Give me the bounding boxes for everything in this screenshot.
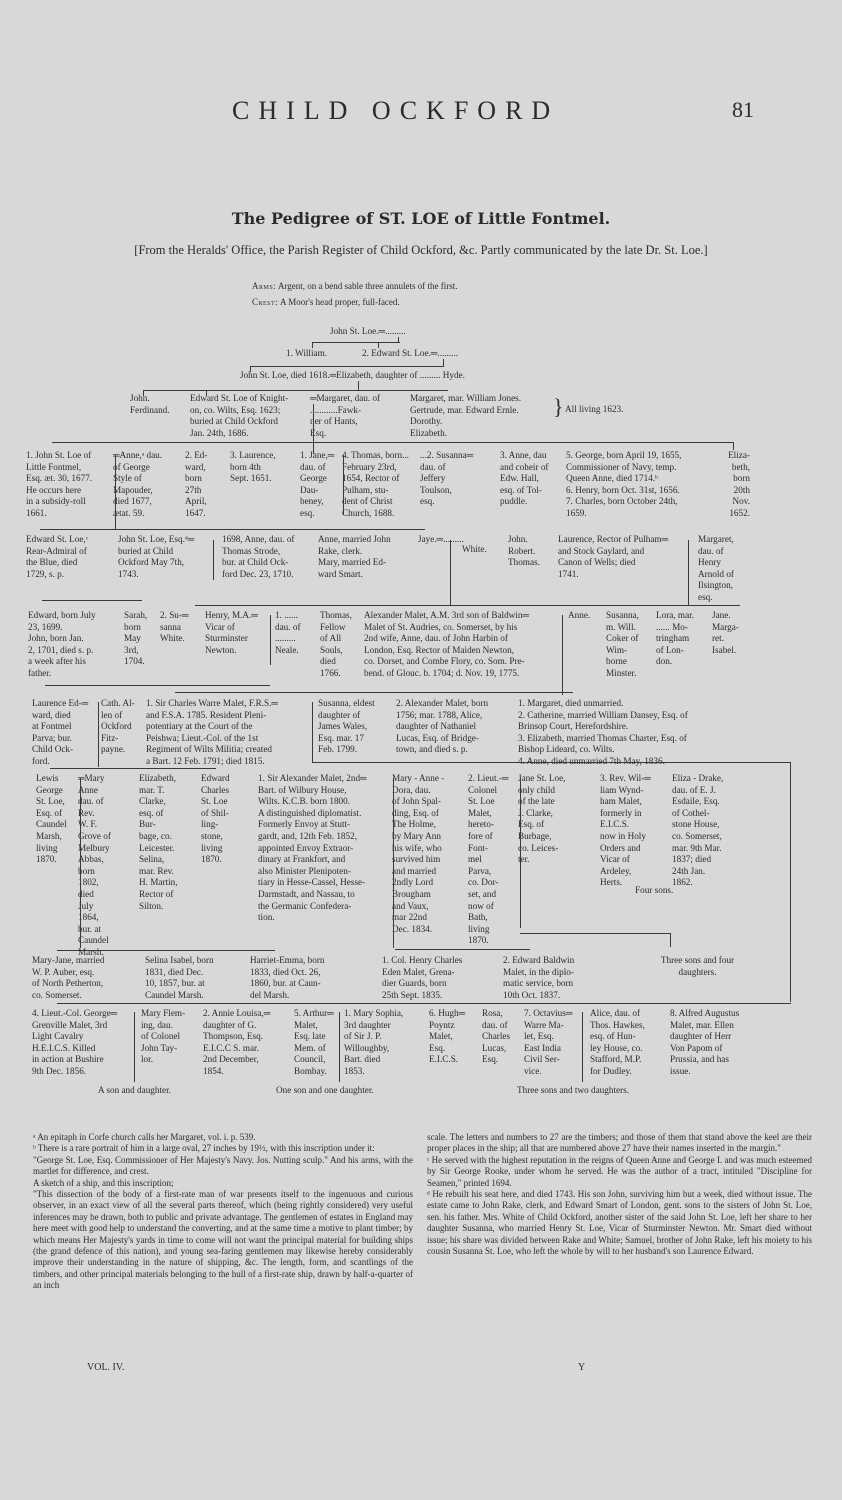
person-laurence-edward: Laurence Ed-═ ward, died at Fontmel Parv… xyxy=(32,698,88,768)
person-mary-anne-dora: Mary - Anne - Dora, dau. of John Spal- d… xyxy=(392,773,444,935)
person-jaye: Jaye.═......... xyxy=(418,534,464,546)
person-henry-vicar: Henry, M.A.═ Vicar of Sturminster Newton… xyxy=(205,610,258,656)
person-anne-strode: 1698, Anne, dau. of Thomas Strode, bur. … xyxy=(222,534,294,580)
person-anne: Anne. xyxy=(568,610,590,622)
person-lora: Lora, mar. ...... Mo- tringham of Lon- d… xyxy=(656,610,694,668)
person-john-robert-thomas: John. Robert. Thomas. xyxy=(508,534,540,569)
running-head-title: CHILD OCKFORD xyxy=(232,105,559,117)
tree-line xyxy=(115,455,116,529)
person-john-st-loe-little-fontmel: 1. John St. Loe of Little Fontmel, Esq. … xyxy=(26,450,92,520)
tree-line xyxy=(250,366,444,367)
tree-line xyxy=(790,762,791,1002)
tree-line xyxy=(45,685,270,686)
person-arthur-malet: 5. Arthur═ Malet, Esq. late Mem. of Coun… xyxy=(294,1008,334,1078)
person-john-ferdinand: John. Ferdinand. xyxy=(130,393,170,416)
tree-line xyxy=(339,1012,340,1082)
signature-mark: Y xyxy=(578,1362,585,1373)
person-susanna-wales: Susanna, eldest daughter of James Wales,… xyxy=(318,698,375,756)
footnotes-right: scale. The letters and numbers to 27 are… xyxy=(427,1132,812,1257)
tree-line xyxy=(134,1012,135,1082)
tree-line xyxy=(520,933,670,934)
person-selina-isabel: Selina Isabel, born 1831, died Dec. 10, … xyxy=(145,955,214,1001)
page-number: 81 xyxy=(732,104,754,116)
person-thomas-1654: 4. Thomas, born... February 23rd, 1654, … xyxy=(342,450,409,520)
person-harriet-emma: Harriet-Emma, born 1833, died Oct. 26, 1… xyxy=(250,955,325,1001)
person-susanna-white: 2. Su-═ sanna White. xyxy=(160,610,188,645)
pedigree-title: The Pedigree of ST. LOE of Little Fontme… xyxy=(0,213,842,225)
person-octavius-warre-malet: 7. Octavius═ Warre Ma- let, Esq. East In… xyxy=(524,1008,572,1078)
person-edward-of-knighton: Edward St. Loe of Knight- on, co. Wilts,… xyxy=(190,393,288,439)
brace: } xyxy=(553,392,564,422)
person-john-st-loe-esq: John St. Loe, Esq.ᵈ═ buried at Child Ock… xyxy=(118,534,194,580)
person-jane-st-loe-clarke: Jane St. Loe, only child of the late J. … xyxy=(518,773,565,866)
tree-line xyxy=(312,762,790,763)
person-mary-jane-auber: Mary-Jane, married W. P. Auber, esq. of … xyxy=(32,955,104,1001)
person-mary-sophia: 1. Mary Sophia, 3rd daughter of Sir J. P… xyxy=(344,1008,403,1078)
note-issue-son-daughter: A son and daughter. xyxy=(98,1085,171,1097)
tree-line xyxy=(670,933,671,947)
tree-line xyxy=(40,529,425,530)
crest-label: Crest: xyxy=(252,297,278,307)
person-mary-fleming: Mary Flem- ing, dau. of Colonel John Tay… xyxy=(141,1008,185,1066)
person-edward-1647: 2. Ed- ward, born 27th April, 1647. xyxy=(185,450,207,520)
crest-text: A Moor's head proper, full-faced. xyxy=(280,297,400,307)
arms-line: Arms: Argent, on a bend sable three annu… xyxy=(252,281,457,293)
person-alice-hawkes: Alice, dau. of Thos. Hawkes, esq. of Hun… xyxy=(590,1008,645,1078)
person-john-st-loe: John St. Loe.═......... xyxy=(330,326,406,338)
tree-line xyxy=(395,949,530,950)
person-rev-william-malet: 3. Rev. Wil-═ liam Wynd- ham Malet, form… xyxy=(600,773,651,889)
arms-text: Argent, on a bend sable three annulets o… xyxy=(278,281,458,291)
person-john-st-loe-d1618: John St. Loe, died 1618.═Elizabeth, daug… xyxy=(240,370,465,382)
person-george-grenville-malet: 4. Lieut.-Col. George═ Grenville Malet, … xyxy=(32,1008,117,1078)
tree-line xyxy=(343,455,344,515)
tree-line xyxy=(562,615,563,695)
person-edward-john-1699: Edward, born July 23, 1699. John, born J… xyxy=(28,610,96,680)
tree-line xyxy=(52,442,734,443)
note-all-living: All living 1623. xyxy=(565,404,623,416)
tree-line xyxy=(450,540,451,605)
person-hugh-poyntz-malet: 6. Hugh═ Poyntz Malet, Esq. E.I.C.S. xyxy=(429,1008,465,1066)
person-margaret-fawkner: ═Margaret, dau. of ............Fawk- ner… xyxy=(310,393,380,439)
tree-line xyxy=(313,404,314,454)
person-elizabeth-1652: Eliza- beth, born 20th Nov. 1652. xyxy=(712,450,750,520)
tree-line xyxy=(195,605,740,606)
person-neale: 1. ...... dau. of ......... Neale. xyxy=(275,610,301,656)
note-issue-one-son-one-daughter: One son and one daughter. xyxy=(276,1085,374,1097)
person-sisters-1623: Margaret, mar. William Jones. Gertrude, … xyxy=(410,393,521,439)
volume-label: VOL. IV. xyxy=(87,1362,124,1373)
person-edward-st-loe: 2. Edward St. Loe.═......... xyxy=(362,348,458,360)
person-william: 1. William. xyxy=(286,348,327,360)
tree-line xyxy=(57,950,275,951)
tree-line xyxy=(98,702,99,767)
person-sir-alexander-malet: 1. Sir Alexander Malet, 2nd═ Bart. of Wi… xyxy=(258,773,367,924)
tree-line xyxy=(270,615,271,665)
tree-line xyxy=(50,768,216,769)
person-malet-sisters: 1. Margaret, died unmarried. 2. Catherin… xyxy=(518,698,688,768)
tree-line xyxy=(175,692,573,693)
tree-line xyxy=(42,600,142,601)
person-edward-baldwin-malet: 2. Edward Baldwin Malet, in the diplo- m… xyxy=(503,955,574,1001)
person-mary-anne-grove: ═Mary Anne dau. of Rev. W. F. Grove of M… xyxy=(78,773,111,959)
tree-line xyxy=(393,778,394,948)
person-cath-allen: Cath. Al- len of Ockford Fitz- payne. xyxy=(101,698,135,756)
person-anne-hall: 3. Anne, dau and coheir of Edw. Hall, es… xyxy=(500,450,548,508)
tree-line xyxy=(520,778,521,928)
person-lt-col-st-loe-malet: 2. Lieut.-═ Colonel St. Loe Malet, heret… xyxy=(468,773,508,947)
person-henry-charles-eden-malet: 1. Col. Henry Charles Eden Malet, Grena-… xyxy=(382,955,462,1001)
person-edward-rear-admiral: Edward St. Loe,ᶜ Rear-Admiral of the Blu… xyxy=(26,534,88,580)
person-sarah-1704: Sarah, born May 3rd, 1704. xyxy=(124,610,147,668)
person-susanna-coker: Susanna, m. Will. Coker of Wim- borne Mi… xyxy=(606,610,639,680)
person-jane-daubeney: 1. Jane,═ dau. of George Dau- beney, esq… xyxy=(300,450,334,520)
person-edward-charles-st-loe: Edward Charles St. Loe of Shil- ling- st… xyxy=(201,773,230,866)
person-rosa-lucas: Rosa, dau. of Charles Lucas, Esq. xyxy=(482,1008,510,1066)
person-alfred-augustus-malet: 8. Alfred Augustus Malet, mar. Ellen dau… xyxy=(670,1008,739,1078)
person-alexander-malet-am: Alexander Malet, A.M. 3rd son of Baldwin… xyxy=(364,610,529,680)
person-laurence-1651: 3. Laurence, born 4th Sept. 1651. xyxy=(230,450,276,485)
tree-line xyxy=(582,1012,583,1082)
note-four-sons: Four sons. xyxy=(635,885,673,897)
person-alexander-malet-1756: 2. Alexander Malet, born 1756; mar. 1788… xyxy=(396,698,488,756)
note-three-sons-four-daughters: Three sons and four daughters. xyxy=(645,955,750,978)
tree-line xyxy=(312,702,313,762)
person-eliza-drake: Eliza - Drake, dau. of E. J. Esdaile, Es… xyxy=(672,773,723,889)
person-elizabeth-selina: Elizabeth, mar. T. Clarke, esq. of Bur- … xyxy=(139,773,178,912)
person-white: White. xyxy=(462,544,487,556)
person-sir-charles-warre-malet: 1. Sir Charles Warre Malet, F.R.S.═ and … xyxy=(146,698,278,768)
person-george-henry-charles: 5. George, born April 19, 1655, Commissi… xyxy=(566,450,681,520)
person-anne-mary: Anne, married John Rake, clerk. Mary, ma… xyxy=(318,534,391,580)
tree-line xyxy=(143,390,448,391)
tree-line xyxy=(312,342,400,343)
person-annie-louisa: 2. Annie Louisa,═ daughter of G. Thompso… xyxy=(203,1008,270,1078)
person-jane-margaret-isabel: Jane. Marga- ret. Isabel. xyxy=(712,610,739,656)
footnotes-left: ᵃ An epitaph in Corfe church calls her M… xyxy=(33,1132,413,1292)
note-issue-three-sons-two-daughters: Three sons and two daughters. xyxy=(517,1085,629,1097)
person-laurence-rector: Laurence, Rector of Pulham═ and Stock Ga… xyxy=(558,534,668,580)
person-anne-style: ═Anne,ᵃ dau. of George Style of Mapouder… xyxy=(113,450,162,520)
person-margaret-arnold: Margaret, dau. of Henry Arnold of Ilsing… xyxy=(698,534,734,604)
tree-line xyxy=(57,1003,791,1004)
crest-line: Crest: A Moor's head proper, full-faced. xyxy=(252,297,400,309)
tree-line xyxy=(733,442,734,450)
tree-line xyxy=(688,540,689,605)
person-thomas-fellow: Thomas, Fellow of All Souls, died 1766. xyxy=(320,610,352,680)
pedigree-source: [From the Heralds' Office, the Parish Re… xyxy=(0,245,842,257)
tree-line xyxy=(213,540,214,580)
person-lewis-george-st-loe: Lewis George St. Loe, Esq. of Caundel Ma… xyxy=(36,773,67,866)
tree-line xyxy=(80,778,81,948)
arms-label: Arms: xyxy=(252,281,276,291)
person-susanna-toulson: ...2. Susanna═ dau. of Jeffery Toulson, … xyxy=(420,450,473,508)
